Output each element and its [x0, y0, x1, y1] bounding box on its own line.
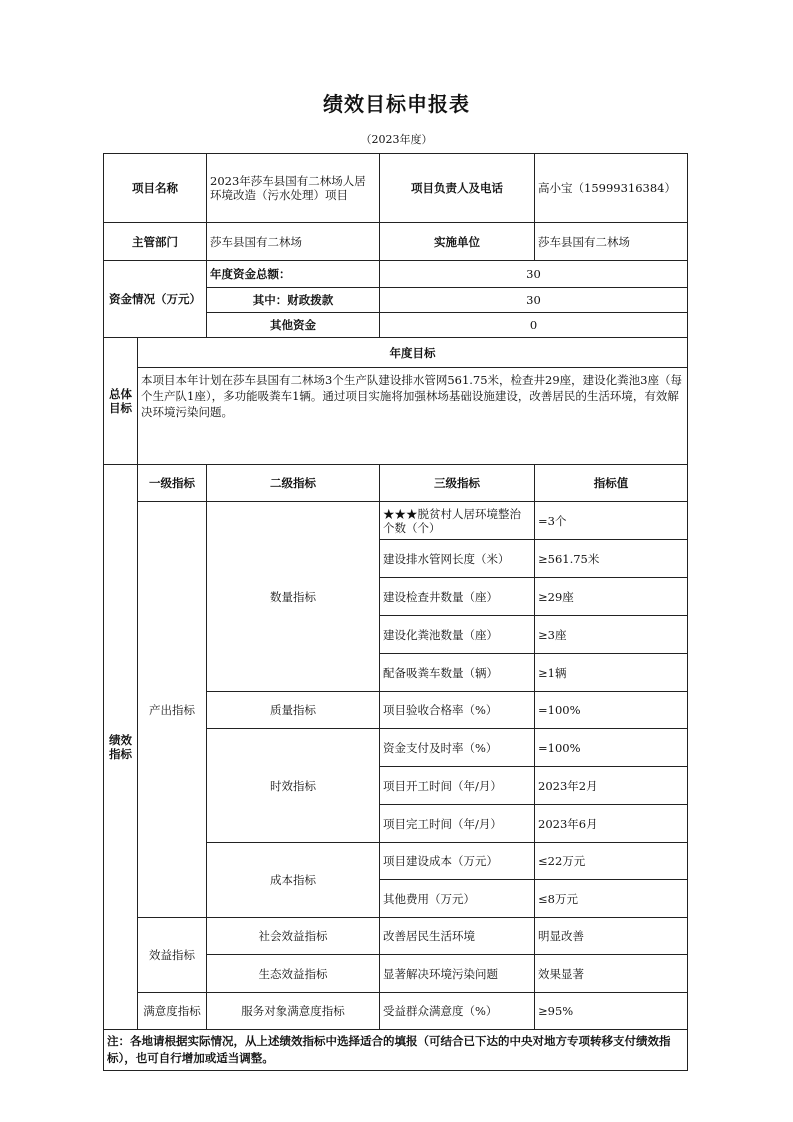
indicator-name: 建设排水管网长度（米） — [379, 539, 535, 578]
indicator-name: 建设检查井数量（座） — [379, 577, 535, 616]
indicator-value: 2023年2月 — [534, 766, 688, 805]
indicator-value: ≥561.75米 — [534, 539, 688, 578]
level2-quality: 质量指标 — [206, 691, 380, 729]
indicator-value: 明显改善 — [534, 917, 688, 955]
funding-other-label: 其他资金 — [206, 312, 380, 338]
indicator-value: ≥95% — [534, 992, 688, 1030]
level1-satisfaction: 满意度指标 — [137, 992, 207, 1030]
indicator-name: 建设化粪池数量（座） — [379, 615, 535, 654]
performance-goal-table: 项目名称 2023年莎车县国有二林场人居环境改造（污水处理）项目 项目负责人及电… — [104, 154, 688, 1071]
indicator-value: 2023年6月 — [534, 804, 688, 843]
indicator-value: =100% — [534, 728, 688, 767]
level1-benefit: 效益指标 — [137, 917, 207, 993]
indicator-name: 项目完工时间（年/月） — [379, 804, 535, 843]
indicator-value: ≥3座 — [534, 615, 688, 654]
indicator-name: 受益群众满意度（%） — [379, 992, 535, 1030]
indicator-value: =100% — [534, 691, 688, 729]
level2-cost: 成本指标 — [206, 842, 380, 918]
indicator-name: 其他费用（万元） — [379, 879, 535, 918]
indicator-name: ★★★脱贫村人居环境整治个数（个） — [379, 501, 535, 540]
level2-quantity: 数量指标 — [206, 501, 380, 692]
header-level1: 一级指标 — [137, 464, 207, 502]
unit-value: 莎车县国有二林场 — [534, 222, 688, 261]
indicator-value: ≥1辆 — [534, 653, 688, 692]
contact-value: 高小宝（15999316384） — [534, 153, 688, 223]
funding-other-value: 0 — [379, 312, 688, 338]
funding-fiscal-label: 其中：财政拨款 — [206, 287, 380, 313]
indicator-value: ≤22万元 — [534, 842, 688, 880]
indicator-value: =3个 — [534, 501, 688, 540]
funding-total-value: 30 — [379, 260, 688, 288]
dept-label: 主管部门 — [103, 222, 207, 261]
indicators-label: 绩效指标 — [103, 464, 138, 1030]
funding-fiscal-value: 30 — [379, 287, 688, 313]
level2-service: 服务对象满意度指标 — [206, 992, 380, 1030]
level1-output: 产出指标 — [137, 501, 207, 918]
contact-label: 项目负责人及电话 — [379, 153, 535, 223]
indicator-value: 效果显著 — [534, 954, 688, 993]
unit-label: 实施单位 — [379, 222, 535, 261]
indicator-value: ≥29座 — [534, 577, 688, 616]
indicator-name: 显著解决环境污染问题 — [379, 954, 535, 993]
project-name-label: 项目名称 — [103, 153, 207, 223]
indicator-name: 项目建设成本（万元） — [379, 842, 535, 880]
page-subtitle-year: （2023年度） — [0, 131, 793, 147]
footnote: 注：各地请根据实际情况，从上述绩效指标中选择适合的填报（可结合已下达的中央对地方… — [103, 1029, 688, 1071]
annual-goal-text: 本项目本年计划在莎车县国有二林场3个生产队建设排水管网561.75米，检查井29… — [137, 367, 688, 465]
funding-label: 资金情况（万元） — [103, 260, 207, 338]
indicator-name: 资金支付及时率（%） — [379, 728, 535, 767]
indicator-name: 项目验收合格率（%） — [379, 691, 535, 729]
indicator-name: 配备吸粪车数量（辆） — [379, 653, 535, 692]
header-value: 指标值 — [534, 464, 688, 502]
level2-ecological: 生态效益指标 — [206, 954, 380, 993]
indicator-value: ≤8万元 — [534, 879, 688, 918]
header-level2: 二级指标 — [206, 464, 380, 502]
page-title: 绩效目标申报表 — [0, 88, 793, 117]
level2-social: 社会效益指标 — [206, 917, 380, 955]
annual-goal-header: 年度目标 — [137, 337, 688, 368]
project-name-value: 2023年莎车县国有二林场人居环境改造（污水处理）项目 — [206, 153, 380, 223]
header-level3: 三级指标 — [379, 464, 535, 502]
indicator-name: 改善居民生活环境 — [379, 917, 535, 955]
dept-value: 莎车县国有二林场 — [206, 222, 380, 261]
funding-total-label: 年度资金总额： — [206, 260, 380, 288]
overall-goal-label: 总体目标 — [103, 337, 138, 465]
level2-timeliness: 时效指标 — [206, 728, 380, 843]
indicator-name: 项目开工时间（年/月） — [379, 766, 535, 805]
